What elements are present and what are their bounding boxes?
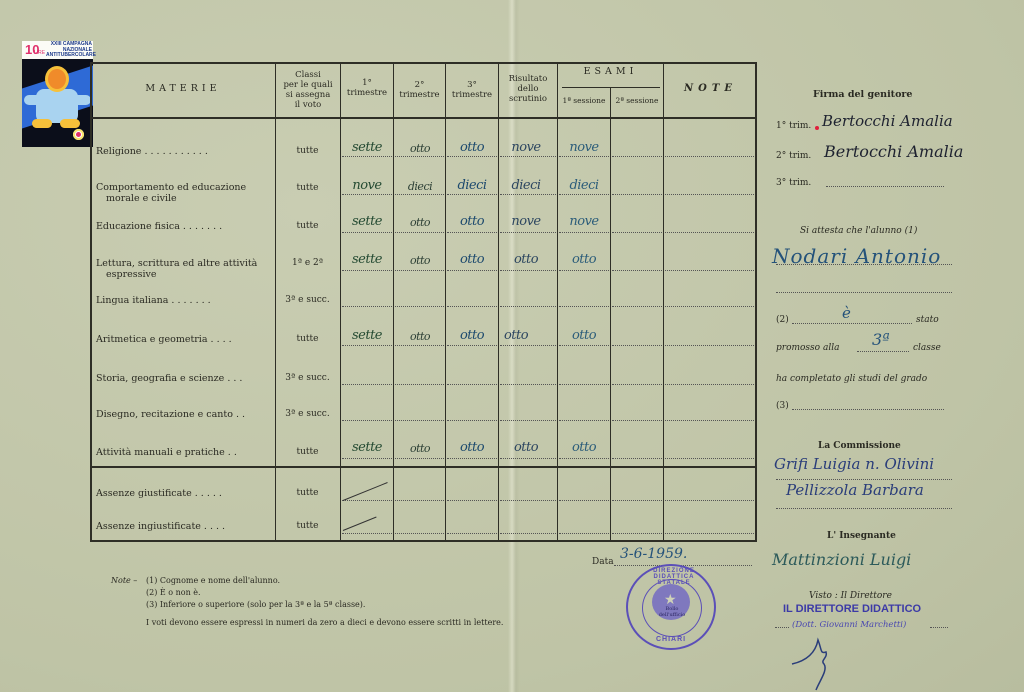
row-baseline [447, 306, 497, 307]
row-baseline [500, 500, 556, 501]
grade-result: nove [500, 140, 552, 155]
row-baseline [342, 306, 392, 307]
row-baseline [447, 458, 497, 459]
row-baseline [665, 270, 754, 271]
visto-label: Visto : Il Direttore [809, 591, 892, 601]
column-divider [610, 88, 611, 542]
row-baseline [665, 384, 754, 385]
subject-disegno: Disegno, recitazione e canto . . [96, 409, 271, 420]
row-baseline [500, 458, 556, 459]
row-baseline [447, 232, 497, 233]
row-baseline [559, 306, 609, 307]
row-baseline [447, 500, 497, 501]
row-baseline [500, 306, 556, 307]
row-baseline [559, 194, 609, 195]
grade-term1: sette [341, 214, 393, 229]
grading-instruction: I voti devono essere espressi in numeri … [146, 618, 503, 627]
row-baseline [559, 458, 609, 459]
header-term3: 3° trimestre [446, 80, 498, 100]
grade-result: otto [490, 328, 542, 343]
row-baseline [559, 156, 609, 157]
grade-term2: otto [394, 254, 446, 267]
row-baseline [665, 458, 754, 459]
grade-session1: otto [558, 252, 610, 267]
row-baseline [395, 270, 444, 271]
row-baseline [500, 420, 556, 421]
row-baseline [665, 306, 754, 307]
term3-signature-line [826, 186, 944, 187]
absences-justified-classes: tutte [276, 488, 339, 498]
director-title: IL DIRETTORE DIDATTICO [783, 603, 921, 615]
grade-session1: nove [558, 214, 610, 229]
row-baseline [559, 500, 609, 501]
subject-lettura: Lettura, scrittura ed altre attività esp… [96, 258, 271, 280]
row-baseline [395, 384, 444, 385]
row-baseline [395, 420, 444, 421]
row-baseline [665, 500, 754, 501]
column-divider [393, 62, 394, 542]
row-baseline [612, 458, 662, 459]
stat-suffix: stato [916, 315, 939, 325]
row-baseline [342, 458, 392, 459]
row-baseline [559, 533, 609, 534]
row-baseline [559, 420, 609, 421]
subject-storia: Storia, geografia e scienze . . . [96, 373, 271, 384]
subject-attivita-manuali: Attività manuali e pratiche . . [96, 447, 271, 458]
subject-comportamento: Comportamento ed educazione morale e civ… [96, 182, 271, 204]
exams-divider [562, 87, 660, 88]
stamp-text: XXIII CAMPAGNA NAZIONALE ANTITUBERCOLARE [46, 42, 92, 59]
attestation-intro: Si attesta che l'alunno (1) [800, 226, 917, 236]
row-baseline [665, 232, 754, 233]
classes-lingua-italiana: 3ª e succ. [276, 295, 339, 305]
row-baseline [612, 194, 662, 195]
grade-term1: sette [341, 252, 393, 267]
row-baseline [665, 194, 754, 195]
row-baseline [342, 156, 392, 157]
header-classes: Classi per le quali si assegna il voto [276, 70, 340, 110]
row-baseline [500, 345, 556, 346]
subject-religione: Religione . . . . . . . . . . . [96, 146, 271, 157]
term2-signature: Bertocchi Amalia [824, 142, 963, 161]
parent-signature-title: Firma del genitore [813, 89, 912, 100]
header-term2: 2° trimestre [394, 80, 445, 100]
row-baseline [500, 533, 556, 534]
row-baseline [447, 533, 497, 534]
row-baseline [612, 270, 662, 271]
director-signature-scribble [790, 620, 850, 692]
row-baseline [342, 194, 392, 195]
absences-divider [90, 466, 757, 468]
classes-disegno: 3ª e succ. [276, 409, 339, 419]
row-baseline [395, 156, 444, 157]
grade-session1: otto [558, 440, 610, 455]
column-divider [557, 62, 558, 542]
row-baseline [665, 420, 754, 421]
grade-term2: dieci [394, 180, 446, 193]
is-value: è [842, 304, 851, 322]
class-value: 3ª [872, 330, 890, 349]
grade-term1: nove [341, 178, 393, 193]
row-baseline [447, 194, 497, 195]
subject-aritmetica: Aritmetica e geometria . . . . [96, 334, 271, 345]
commission-member-1: Grifi Luigia n. Olivini [774, 455, 934, 473]
term2-signature-label: 2° trim. [776, 151, 811, 161]
grade-term3: otto [446, 140, 498, 155]
column-divider [663, 62, 664, 542]
header-session2: 2ª sessione [611, 96, 663, 106]
grade-term3: dieci [446, 178, 498, 193]
grade-session1: otto [558, 328, 610, 343]
row-baseline [559, 270, 609, 271]
grade-term2: otto [394, 216, 446, 229]
note-1: (1) Cognome e nome dell'alunno. [146, 576, 280, 585]
absences-justified-label: Assenze giustificate . . . . . [96, 488, 271, 499]
grade-result: nove [500, 214, 552, 229]
row-baseline [342, 533, 392, 534]
header-subjects: MATERIE [92, 84, 274, 94]
row-baseline [559, 345, 609, 346]
row-baseline [395, 345, 444, 346]
row-baseline [500, 194, 556, 195]
absences-unjustified-label: Assenze ingiustificate . . . . [96, 521, 271, 532]
grade-term2: otto [394, 142, 446, 155]
grade-term2: otto [394, 442, 446, 455]
row-baseline [395, 232, 444, 233]
grade-result: otto [500, 440, 552, 455]
term1-signature-label: 1° trim. [776, 121, 811, 131]
school-direction-seal: ★ Bollo dell'ufficio DIREZIONE DIDATTICA… [626, 564, 716, 650]
grade-result: otto [500, 252, 552, 267]
row-baseline [447, 270, 497, 271]
attestation-ref-3: (3) [776, 401, 789, 411]
row-baseline [395, 306, 444, 307]
header-divider [90, 117, 757, 119]
row-baseline [559, 232, 609, 233]
row-baseline [559, 384, 609, 385]
classes-aritmetica: tutte [276, 334, 339, 344]
row-baseline [342, 232, 392, 233]
completed-text: ha completato gli studi del grado [776, 374, 927, 384]
stamp-currency: LIRE [34, 50, 45, 56]
row-baseline [342, 420, 392, 421]
row-baseline [447, 345, 497, 346]
teacher-title: L' Insegnante [827, 531, 896, 541]
grade-term1: sette [341, 140, 393, 155]
subject-lingua-italiana: Lingua italiana . . . . . . . [96, 295, 271, 306]
row-baseline [612, 232, 662, 233]
header-exams: ESAMI [558, 67, 663, 77]
row-baseline [612, 345, 662, 346]
term3-signature-label: 3° trim. [776, 178, 811, 188]
grade-term1: sette [341, 328, 393, 343]
teacher-signature: Mattinzioni Luigi [772, 550, 911, 569]
row-baseline [612, 420, 662, 421]
classes-educazione-fisica: tutte [276, 221, 339, 231]
row-baseline [342, 345, 392, 346]
row-baseline [612, 306, 662, 307]
row-baseline [395, 458, 444, 459]
notes-label: Note – [111, 576, 137, 585]
note-3: (3) Inferiore o superiore (solo per la 3… [146, 600, 365, 609]
header-notes: NOTE [664, 84, 757, 94]
commission-title: La Commissione [818, 441, 901, 451]
row-baseline [665, 345, 754, 346]
row-baseline [342, 270, 392, 271]
header-result: Risultato dello scrutinio [499, 74, 557, 104]
row-baseline [500, 270, 556, 271]
grade-session1: dieci [558, 178, 610, 193]
row-baseline [612, 384, 662, 385]
row-baseline [342, 384, 392, 385]
grade-term1: sette [341, 440, 393, 455]
column-divider [445, 62, 446, 542]
antituberculosis-stamp: 10 LIRE XXIII CAMPAGNA NAZIONALE ANTITUB… [22, 41, 93, 147]
column-divider [340, 62, 341, 542]
classes-comportamento: tutte [276, 183, 339, 193]
row-baseline [447, 420, 497, 421]
row-baseline [342, 500, 392, 501]
header-term1: 1° trimestre [341, 78, 393, 98]
stamp-child-illustration-icon [22, 59, 93, 147]
red-dot-mark [815, 126, 819, 130]
row-baseline [395, 194, 444, 195]
grade-result: dieci [500, 178, 552, 193]
classes-religione: tutte [276, 146, 339, 156]
row-baseline [612, 533, 662, 534]
row-baseline [395, 533, 444, 534]
class-suffix: classe [913, 343, 941, 353]
commission-member-2: Pellizzola Barbara [786, 481, 924, 499]
row-baseline [447, 156, 497, 157]
date-label: Data [592, 557, 614, 567]
term1-signature: Bertocchi Amalia [822, 112, 953, 130]
grade-term3: otto [446, 440, 498, 455]
row-baseline [500, 156, 556, 157]
date-value: 3-6-1959. [620, 546, 687, 562]
row-baseline [665, 156, 754, 157]
grade-term2: otto [394, 330, 446, 343]
column-divider [498, 62, 499, 542]
note-2: (2) È o non è. [146, 588, 201, 597]
row-baseline [612, 156, 662, 157]
attestation-ref-2: (2) [776, 315, 789, 325]
flower-icon [73, 129, 84, 140]
header-session1: 1ª sessione [558, 96, 610, 106]
row-baseline [447, 384, 497, 385]
row-baseline [395, 500, 444, 501]
row-baseline [665, 533, 754, 534]
grade-session1: nove [558, 140, 610, 155]
grade-term3: otto [446, 214, 498, 229]
classes-attivita-manuali: tutte [276, 447, 339, 457]
classes-lettura: 1ª e 2ª [276, 258, 339, 268]
absences-unjustified-classes: tutte [276, 521, 339, 531]
row-baseline [500, 232, 556, 233]
row-baseline [500, 384, 556, 385]
row-baseline [612, 500, 662, 501]
classes-storia: 3ª e succ. [276, 373, 339, 383]
grade-term3: otto [446, 252, 498, 267]
subject-educazione-fisica: Educazione fisica . . . . . . . [96, 221, 271, 232]
promoted-prefix: promosso alla [776, 343, 839, 353]
